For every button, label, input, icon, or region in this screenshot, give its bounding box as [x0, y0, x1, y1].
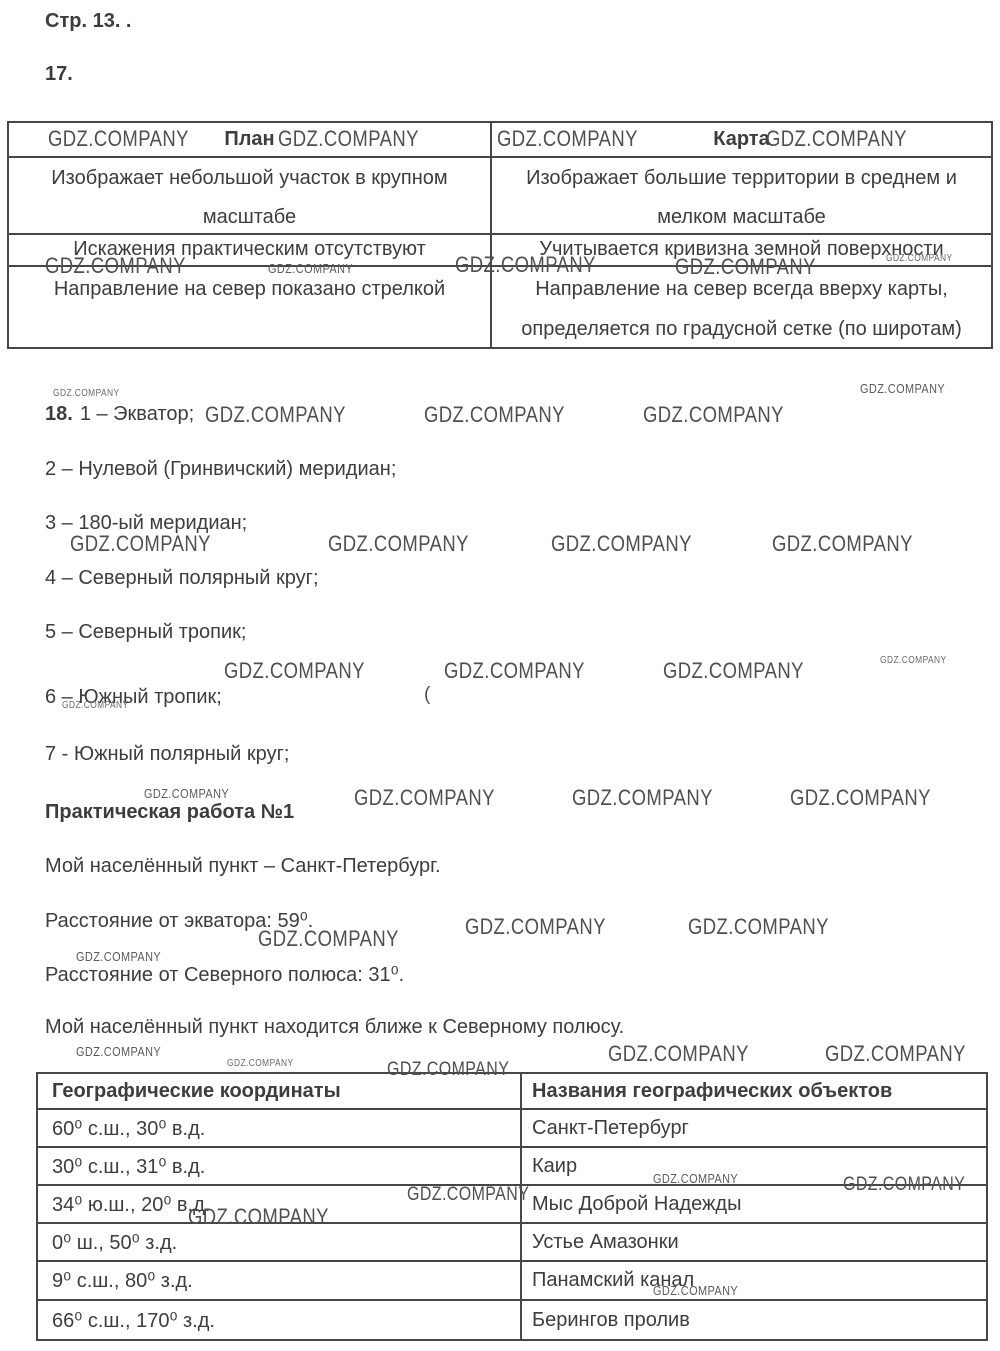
coordinates-table: Географические координаты Названия геогр…	[36, 1072, 988, 1341]
gdz-watermark: GDZ.COMPANY	[53, 388, 120, 399]
gdz-watermark: GDZ.COMPANY	[608, 1041, 749, 1067]
gdz-watermark: GDZ.COMPANY	[572, 785, 713, 811]
gdz-watermark: GDZ.COMPANY	[144, 786, 229, 801]
gdz-watermark: GDZ.COMPANY	[328, 531, 469, 557]
object-cell: Панамский канал	[522, 1262, 986, 1301]
gdz-watermark: GDZ.COMPANY	[45, 253, 186, 279]
map-scale-cell: Изображает большие территории в среднем …	[492, 158, 991, 235]
task-18-item-text: 4 – Северный полярный круг;	[45, 567, 319, 589]
gdz-watermark: GDZ.COMPANY	[444, 658, 585, 684]
cell-line: определяется по градусной сетке (по широ…	[492, 309, 991, 347]
gdz-watermark: GDZ.COMPANY	[48, 126, 189, 152]
gdz-watermark: GDZ.COMPANY	[675, 254, 816, 280]
gdz-watermark: GDZ.COMPANY	[551, 531, 692, 557]
plan-scale-cell: Изображает небольшой участок в крупном м…	[9, 158, 492, 235]
gdz-watermark: GDZ.COMPANY	[188, 1204, 329, 1230]
task-18-number: 18.	[45, 403, 73, 425]
gdz-watermark: GDZ.COMPANY	[258, 926, 399, 952]
plan-north-cell: Направление на север показано стрелкой	[9, 267, 492, 347]
task-18-item: 2 – Нулевой (Гринвичский) меридиан;	[45, 458, 396, 481]
task-17-number: 17.	[45, 63, 73, 86]
practical-work-title: Практическая работа №1	[45, 801, 294, 824]
gdz-watermark: GDZ.COMPANY	[886, 253, 953, 264]
gdz-watermark: GDZ.COMPANY	[268, 261, 353, 276]
practical-work-line: Мой населённый пункт находится ближе к С…	[45, 1016, 624, 1039]
practical-work-line: Мой населённый пункт – Санкт-Петербург.	[45, 855, 441, 878]
gdz-watermark: GDZ.COMPANY	[843, 1174, 965, 1196]
objects-column-header: Названия географических объектов	[522, 1074, 986, 1110]
worksheet-page: Стр. 13. . 17. План Карта Изображает неб…	[0, 0, 1000, 1351]
cell-line: Изображает большие территории в среднем …	[492, 159, 991, 198]
gdz-watermark: GDZ.COMPANY	[62, 700, 129, 711]
task-18-item-text: 1 – Экватор;	[80, 403, 194, 425]
gdz-watermark: GDZ.COMPANY	[860, 381, 945, 396]
gdz-watermark: GDZ.COMPANY	[643, 402, 784, 428]
task-18-item: 4 – Северный полярный круг;	[45, 567, 319, 590]
task-18-item: 7 - Южный полярный круг;	[45, 743, 289, 766]
gdz-watermark: GDZ.COMPANY	[224, 658, 365, 684]
gdz-watermark: GDZ.COMPANY	[653, 1171, 738, 1186]
gdz-watermark: GDZ.COMPANY	[387, 1059, 509, 1081]
gdz-watermark: GDZ.COMPANY	[205, 402, 346, 428]
practical-work-line: Расстояние от Северного полюса: 31⁰.	[45, 962, 404, 987]
gdz-watermark: GDZ.COMPANY	[76, 1044, 161, 1059]
cell-line: мелком масштабе	[492, 198, 991, 235]
gdz-watermark: GDZ.COMPANY	[354, 785, 495, 811]
task-18-item: 18.1 – Экватор;	[45, 403, 194, 426]
coordinates-cell: 66⁰ с.ш., 170⁰ з.д.	[38, 1301, 522, 1339]
gdz-watermark: GDZ.COMPANY	[278, 126, 419, 152]
gdz-watermark: GDZ.COMPANY	[455, 252, 596, 278]
coordinates-cell: 30⁰ с.ш., 31⁰ в.д.	[38, 1148, 522, 1186]
page-label: Стр. 13. .	[45, 10, 131, 33]
gdz-watermark: GDZ.COMPANY	[688, 914, 829, 940]
task-18-item-text: 7 - Южный полярный круг;	[45, 743, 289, 765]
cell-line: масштабе	[9, 198, 490, 235]
object-cell: Берингов пролив	[522, 1301, 986, 1339]
gdz-watermark: GDZ.COMPANY	[407, 1184, 529, 1206]
task-18-item-text: 5 – Северный тропик;	[45, 621, 246, 643]
object-cell: Устье Амазонки	[522, 1224, 986, 1262]
object-cell: Санкт-Петербург	[522, 1110, 986, 1148]
stray-mark: (	[424, 684, 430, 706]
gdz-watermark: GDZ.COMPANY	[766, 126, 907, 152]
gdz-watermark: GDZ.COMPANY	[465, 914, 606, 940]
gdz-watermark: GDZ.COMPANY	[772, 531, 913, 557]
gdz-watermark: GDZ.COMPANY	[76, 949, 161, 964]
plan-map-table: План Карта Изображает небольшой участок …	[7, 121, 993, 349]
coordinates-cell: 9⁰ с.ш., 80⁰ з.д.	[38, 1262, 522, 1301]
task-18-item-text: 2 – Нулевой (Гринвичский) меридиан;	[45, 458, 396, 480]
gdz-watermark: GDZ.COMPANY	[880, 655, 947, 666]
gdz-watermark: GDZ.COMPANY	[825, 1041, 966, 1067]
gdz-watermark: GDZ.COMPANY	[424, 402, 565, 428]
gdz-watermark: GDZ.COMPANY	[70, 531, 211, 557]
cell-line: Изображает небольшой участок в крупном	[9, 159, 490, 198]
gdz-watermark: GDZ.COMPANY	[227, 1058, 294, 1069]
gdz-watermark: GDZ.COMPANY	[663, 658, 804, 684]
gdz-watermark: GDZ.COMPANY	[790, 785, 931, 811]
gdz-watermark: GDZ.COMPANY	[497, 126, 638, 152]
coordinates-cell: 60⁰ с.ш., 30⁰ в.д.	[38, 1110, 522, 1148]
task-18-item: 5 – Северный тропик;	[45, 621, 246, 644]
gdz-watermark: GDZ.COMPANY	[653, 1283, 738, 1298]
